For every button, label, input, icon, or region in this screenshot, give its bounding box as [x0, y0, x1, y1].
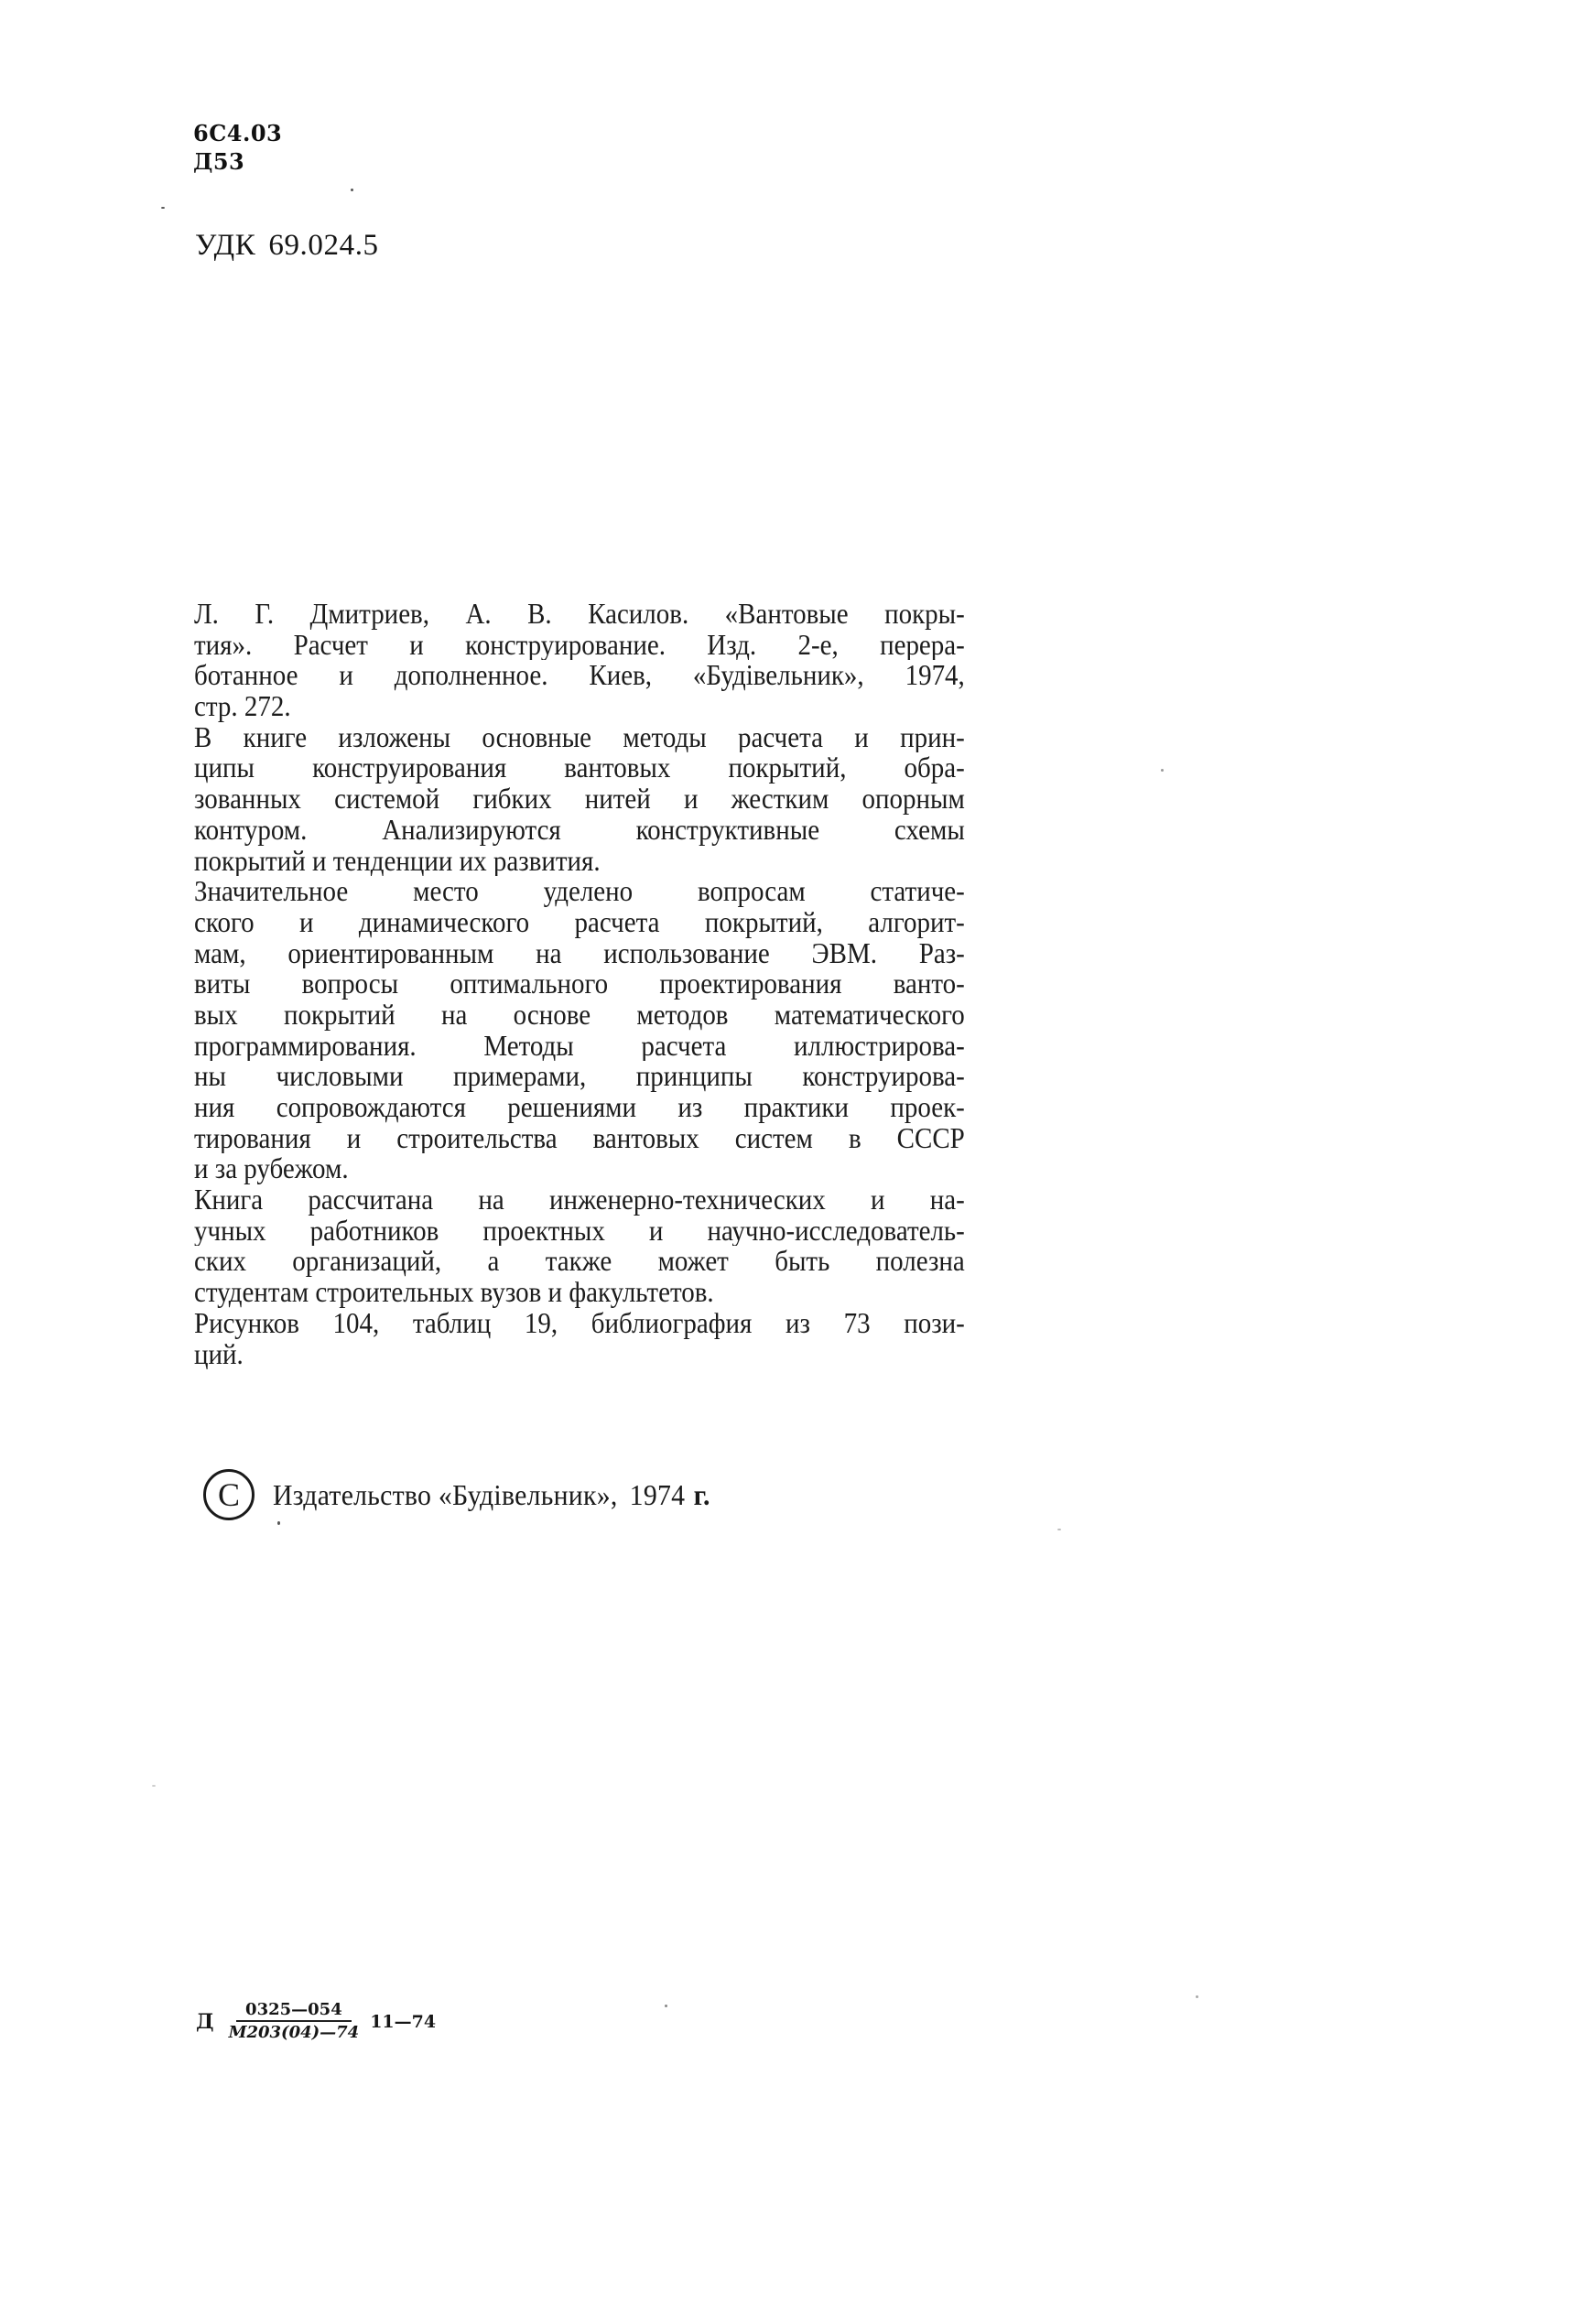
udc-value: 69.024.5: [268, 229, 378, 262]
text-line: вых покрытий на основе методов математич…: [194, 1000, 965, 1031]
bibliographic-description: Л. Г. Дмитриев, А. В. Касилов. «Вантовые…: [194, 599, 904, 722]
udc-label: УДК: [195, 229, 255, 262]
book-imprint-page: 6С4.03 Д53 УДК69.024.5 Л. Г. Дмитриев, А…: [0, 0, 1582, 2324]
udc-code: УДК69.024.5: [195, 229, 379, 262]
scan-speck: [152, 1785, 156, 1787]
text-line: зованных системой гибких нитей и жестким…: [194, 784, 965, 815]
text-line: учных работников проектных и научно-иссл…: [194, 1216, 965, 1247]
annotation-paragraph: В книге изложены основные методы расчета…: [194, 722, 904, 876]
copyright-icon: C: [203, 1469, 255, 1520]
annotation-paragraph: Книга рассчитана на инженерно-технически…: [194, 1184, 904, 1308]
annotation-statistics: Рисунков 104, таблиц 19, библиография из…: [194, 1308, 904, 1369]
author-mark: Д53: [193, 147, 282, 176]
copyright-symbol: C: [218, 1478, 240, 1511]
text-line: Л. Г. Дмитриев, А. В. Касилов. «Вантовые…: [194, 599, 965, 630]
text-line: ния сопровождаются решениями из практики…: [194, 1092, 965, 1123]
annotation-paragraph: Значительное место уделено вопросам стат…: [194, 876, 904, 1184]
code-denominator: М203(04)—74: [229, 2022, 360, 2042]
scan-speck: [277, 1521, 280, 1525]
code-fraction: 0325—054 М203(04)—74: [229, 2001, 360, 2042]
code-letter: Д: [196, 2010, 214, 2034]
copyright-notice: C Издательство «Будівельник»,1974г.: [203, 1469, 743, 1520]
text-line: ботанное и дополненное. Киев, «Будівельн…: [194, 660, 965, 691]
code-numerator: 0325—054: [236, 2001, 352, 2022]
code-order: 11—74: [370, 2012, 436, 2032]
text-line: программирования. Методы расчета иллюстр…: [194, 1031, 965, 1062]
text-line: студентам строительных вузов и факультет…: [194, 1277, 965, 1308]
text-line: ских организаций, а также может быть пол…: [194, 1246, 965, 1277]
year-suffix: г.: [694, 1478, 710, 1511]
text-line: ны числовыми примерами, принципы констру…: [194, 1061, 965, 1092]
text-line: покрытий и тенденции их развития.: [194, 846, 965, 877]
scan-speck: [1196, 1995, 1198, 1998]
text-line: ципы конструирования вантовых покрытий, …: [194, 752, 965, 784]
scan-speck: [665, 2005, 667, 2007]
scan-speck: [161, 207, 165, 209]
text-line: ского и динамического расчета покрытий, …: [194, 907, 965, 938]
text-line: контуром. Анализируются конструктивные с…: [194, 815, 965, 846]
publisher-code: Д 0325—054 М203(04)—74 11—74: [196, 2001, 436, 2042]
text-line: и за рубежом.: [194, 1153, 965, 1184]
text-line: ций.: [194, 1339, 965, 1370]
text-line: Значительное место уделено вопросам стат…: [194, 876, 965, 907]
scan-speck: [1057, 1529, 1061, 1530]
copyright-year: 1974: [630, 1478, 686, 1511]
text-line: Рисунков 104, таблиц 19, библиография из…: [194, 1308, 965, 1339]
text-line: В книге изложены основные методы расчета…: [194, 722, 965, 753]
copyright-text: Издательство «Будівельник»,1974г.: [273, 1478, 710, 1512]
book-annotation: Л. Г. Дмитриев, А. В. Касилов. «Вантовые…: [194, 599, 904, 1369]
text-line: стр. 272.: [194, 691, 965, 722]
text-line: Книга рассчитана на инженерно-технически…: [194, 1184, 965, 1216]
text-line: тирования и строительства вантовых систе…: [194, 1123, 965, 1154]
text-line: мам, ориентированным на использование ЭВ…: [194, 938, 965, 969]
text-line: тия». Расчет и конструирование. Изд. 2-е…: [194, 630, 965, 661]
bbk-index: 6С4.03: [193, 119, 282, 147]
text-line: виты вопросы оптимального проектирования…: [194, 968, 965, 1000]
library-classification: 6С4.03 Д53: [193, 119, 282, 176]
scan-speck: [351, 189, 353, 191]
publisher-name: Издательство «Будівельник»,: [273, 1478, 618, 1511]
scan-speck: [1161, 769, 1164, 772]
